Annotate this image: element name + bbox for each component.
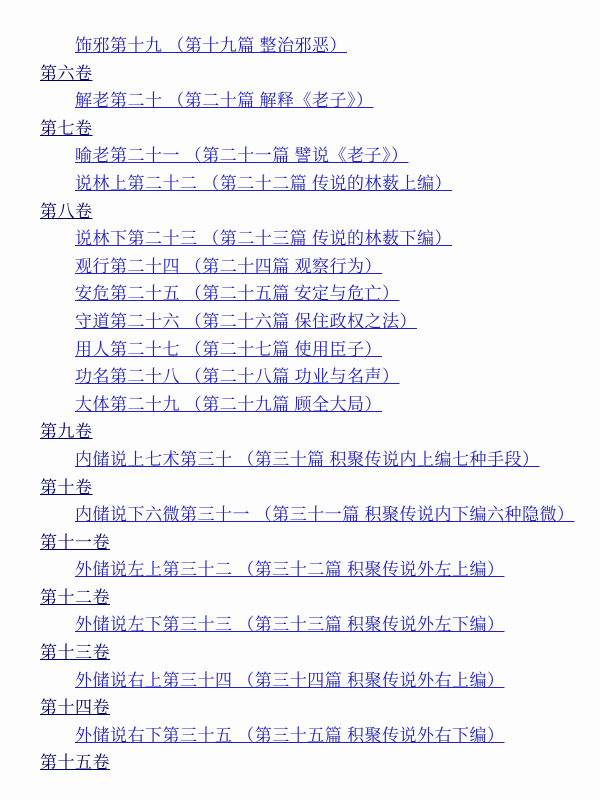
toc-volume-row: 第十五卷 (40, 749, 600, 777)
toc-volume-link[interactable]: 第十四卷 (40, 698, 110, 717)
toc-chapter-row: 外储说右上第三十四 （第三十四篇 积聚传说外右上编） (75, 667, 600, 695)
toc-volume-link[interactable]: 第九卷 (40, 422, 93, 441)
toc-volume-link[interactable]: 第十二卷 (40, 588, 110, 607)
toc-chapter-link[interactable]: 外储说右下第三十五 （第三十五篇 积聚传说外右下编） (75, 726, 505, 745)
toc-chapter-row: 守道第二十六 （第二十六篇 保住政权之法） (75, 308, 600, 336)
toc-volume-row: 第十卷 (40, 474, 600, 502)
toc-volume-row: 第七卷 (40, 115, 600, 143)
toc-chapter-row: 用人第二十七 （第二十七篇 使用臣子） (75, 336, 600, 364)
toc-chapter-row: 大体第二十九 （第二十九篇 顾全大局） (75, 391, 600, 419)
toc-chapter-link[interactable]: 大体第二十九 （第二十九篇 顾全大局） (75, 395, 382, 414)
toc-chapter-row: 说林下第二十三 （第二十三篇 传说的林薮下编） (75, 225, 600, 253)
toc-chapter-row: 观行第二十四 （第二十四篇 观察行为） (75, 253, 600, 281)
toc-volume-link[interactable]: 第七卷 (40, 119, 93, 138)
toc-volume-link[interactable]: 第十卷 (40, 478, 93, 497)
toc-volume-link[interactable]: 第十五卷 (40, 753, 110, 772)
toc-chapter-row: 功名第二十八 （第二十八篇 功业与名声） (75, 363, 600, 391)
toc-chapter-link[interactable]: 解老第二十 （第二十篇 解释《老子》） (75, 91, 374, 110)
toc-chapter-row: 解老第二十 （第二十篇 解释《老子》） (75, 87, 600, 115)
toc-chapter-link[interactable]: 外储说右上第三十四 （第三十四篇 积聚传说外右上编） (75, 671, 505, 690)
toc-chapter-link[interactable]: 守道第二十六 （第二十六篇 保住政权之法） (75, 312, 417, 331)
toc-volume-link[interactable]: 第十一卷 (40, 533, 110, 552)
toc-volume-row: 第十一卷 (40, 529, 600, 557)
toc-volume-link[interactable]: 第八卷 (40, 202, 93, 221)
document-page: 饰邪第十九 （第十九篇 整治邪恶）第六卷解老第二十 （第二十篇 解释《老子》）第… (0, 0, 600, 800)
toc-chapter-link[interactable]: 喻老第二十一 （第二十一篇 譬说《老子》） (75, 146, 409, 165)
toc-volume-row: 第十二卷 (40, 584, 600, 612)
toc-chapter-row: 饰邪第十九 （第十九篇 整治邪恶） (75, 32, 600, 60)
toc-volume-row: 第八卷 (40, 198, 600, 226)
toc-volume-link[interactable]: 第六卷 (40, 64, 93, 83)
toc-chapter-link[interactable]: 外储说左上第三十二 （第三十二篇 积聚传说外左上编） (75, 560, 505, 579)
toc-chapter-link[interactable]: 功名第二十八 （第二十八篇 功业与名声） (75, 367, 400, 386)
toc-chapter-row: 喻老第二十一 （第二十一篇 譬说《老子》） (75, 142, 600, 170)
toc-chapter-link[interactable]: 内储说下六微第三十一 （第三十一篇 积聚传说内下编六种隐微） (75, 505, 575, 524)
toc-chapter-row: 安危第二十五 （第二十五篇 安定与危亡） (75, 280, 600, 308)
toc-chapter-link[interactable]: 内储说上七术第三十 （第三十篇 积聚传说内上编七种手段） (75, 450, 540, 469)
toc-chapter-row: 外储说左上第三十二 （第三十二篇 积聚传说外左上编） (75, 556, 600, 584)
toc-volume-row: 第十三卷 (40, 639, 600, 667)
toc-chapter-row: 外储说左下第三十三 （第三十三篇 积聚传说外左下编） (75, 611, 600, 639)
toc-volume-row: 第十四卷 (40, 694, 600, 722)
toc-chapter-row: 内储说上七术第三十 （第三十篇 积聚传说内上编七种手段） (75, 446, 600, 474)
toc-chapter-link[interactable]: 外储说左下第三十三 （第三十三篇 积聚传说外左下编） (75, 615, 505, 634)
toc-chapter-row: 外储说右下第三十五 （第三十五篇 积聚传说外右下编） (75, 722, 600, 750)
toc-chapter-link[interactable]: 观行第二十四 （第二十四篇 观察行为） (75, 257, 382, 276)
table-of-contents: 饰邪第十九 （第十九篇 整治邪恶）第六卷解老第二十 （第二十篇 解释《老子》）第… (0, 32, 600, 777)
toc-chapter-link[interactable]: 说林下第二十三 （第二十三篇 传说的林薮下编） (75, 229, 452, 248)
toc-chapter-row: 说林上第二十二 （第二十二篇 传说的林薮上编） (75, 170, 600, 198)
toc-chapter-link[interactable]: 用人第二十七 （第二十七篇 使用臣子） (75, 340, 382, 359)
toc-volume-link[interactable]: 第十三卷 (40, 643, 110, 662)
toc-chapter-row: 内储说下六微第三十一 （第三十一篇 积聚传说内下编六种隐微） (75, 501, 600, 529)
toc-volume-row: 第九卷 (40, 418, 600, 446)
toc-chapter-link[interactable]: 安危第二十五 （第二十五篇 安定与危亡） (75, 284, 400, 303)
toc-volume-row: 第六卷 (40, 60, 600, 88)
toc-chapter-link[interactable]: 饰邪第十九 （第十九篇 整治邪恶） (75, 36, 347, 55)
toc-chapter-link[interactable]: 说林上第二十二 （第二十二篇 传说的林薮上编） (75, 174, 452, 193)
